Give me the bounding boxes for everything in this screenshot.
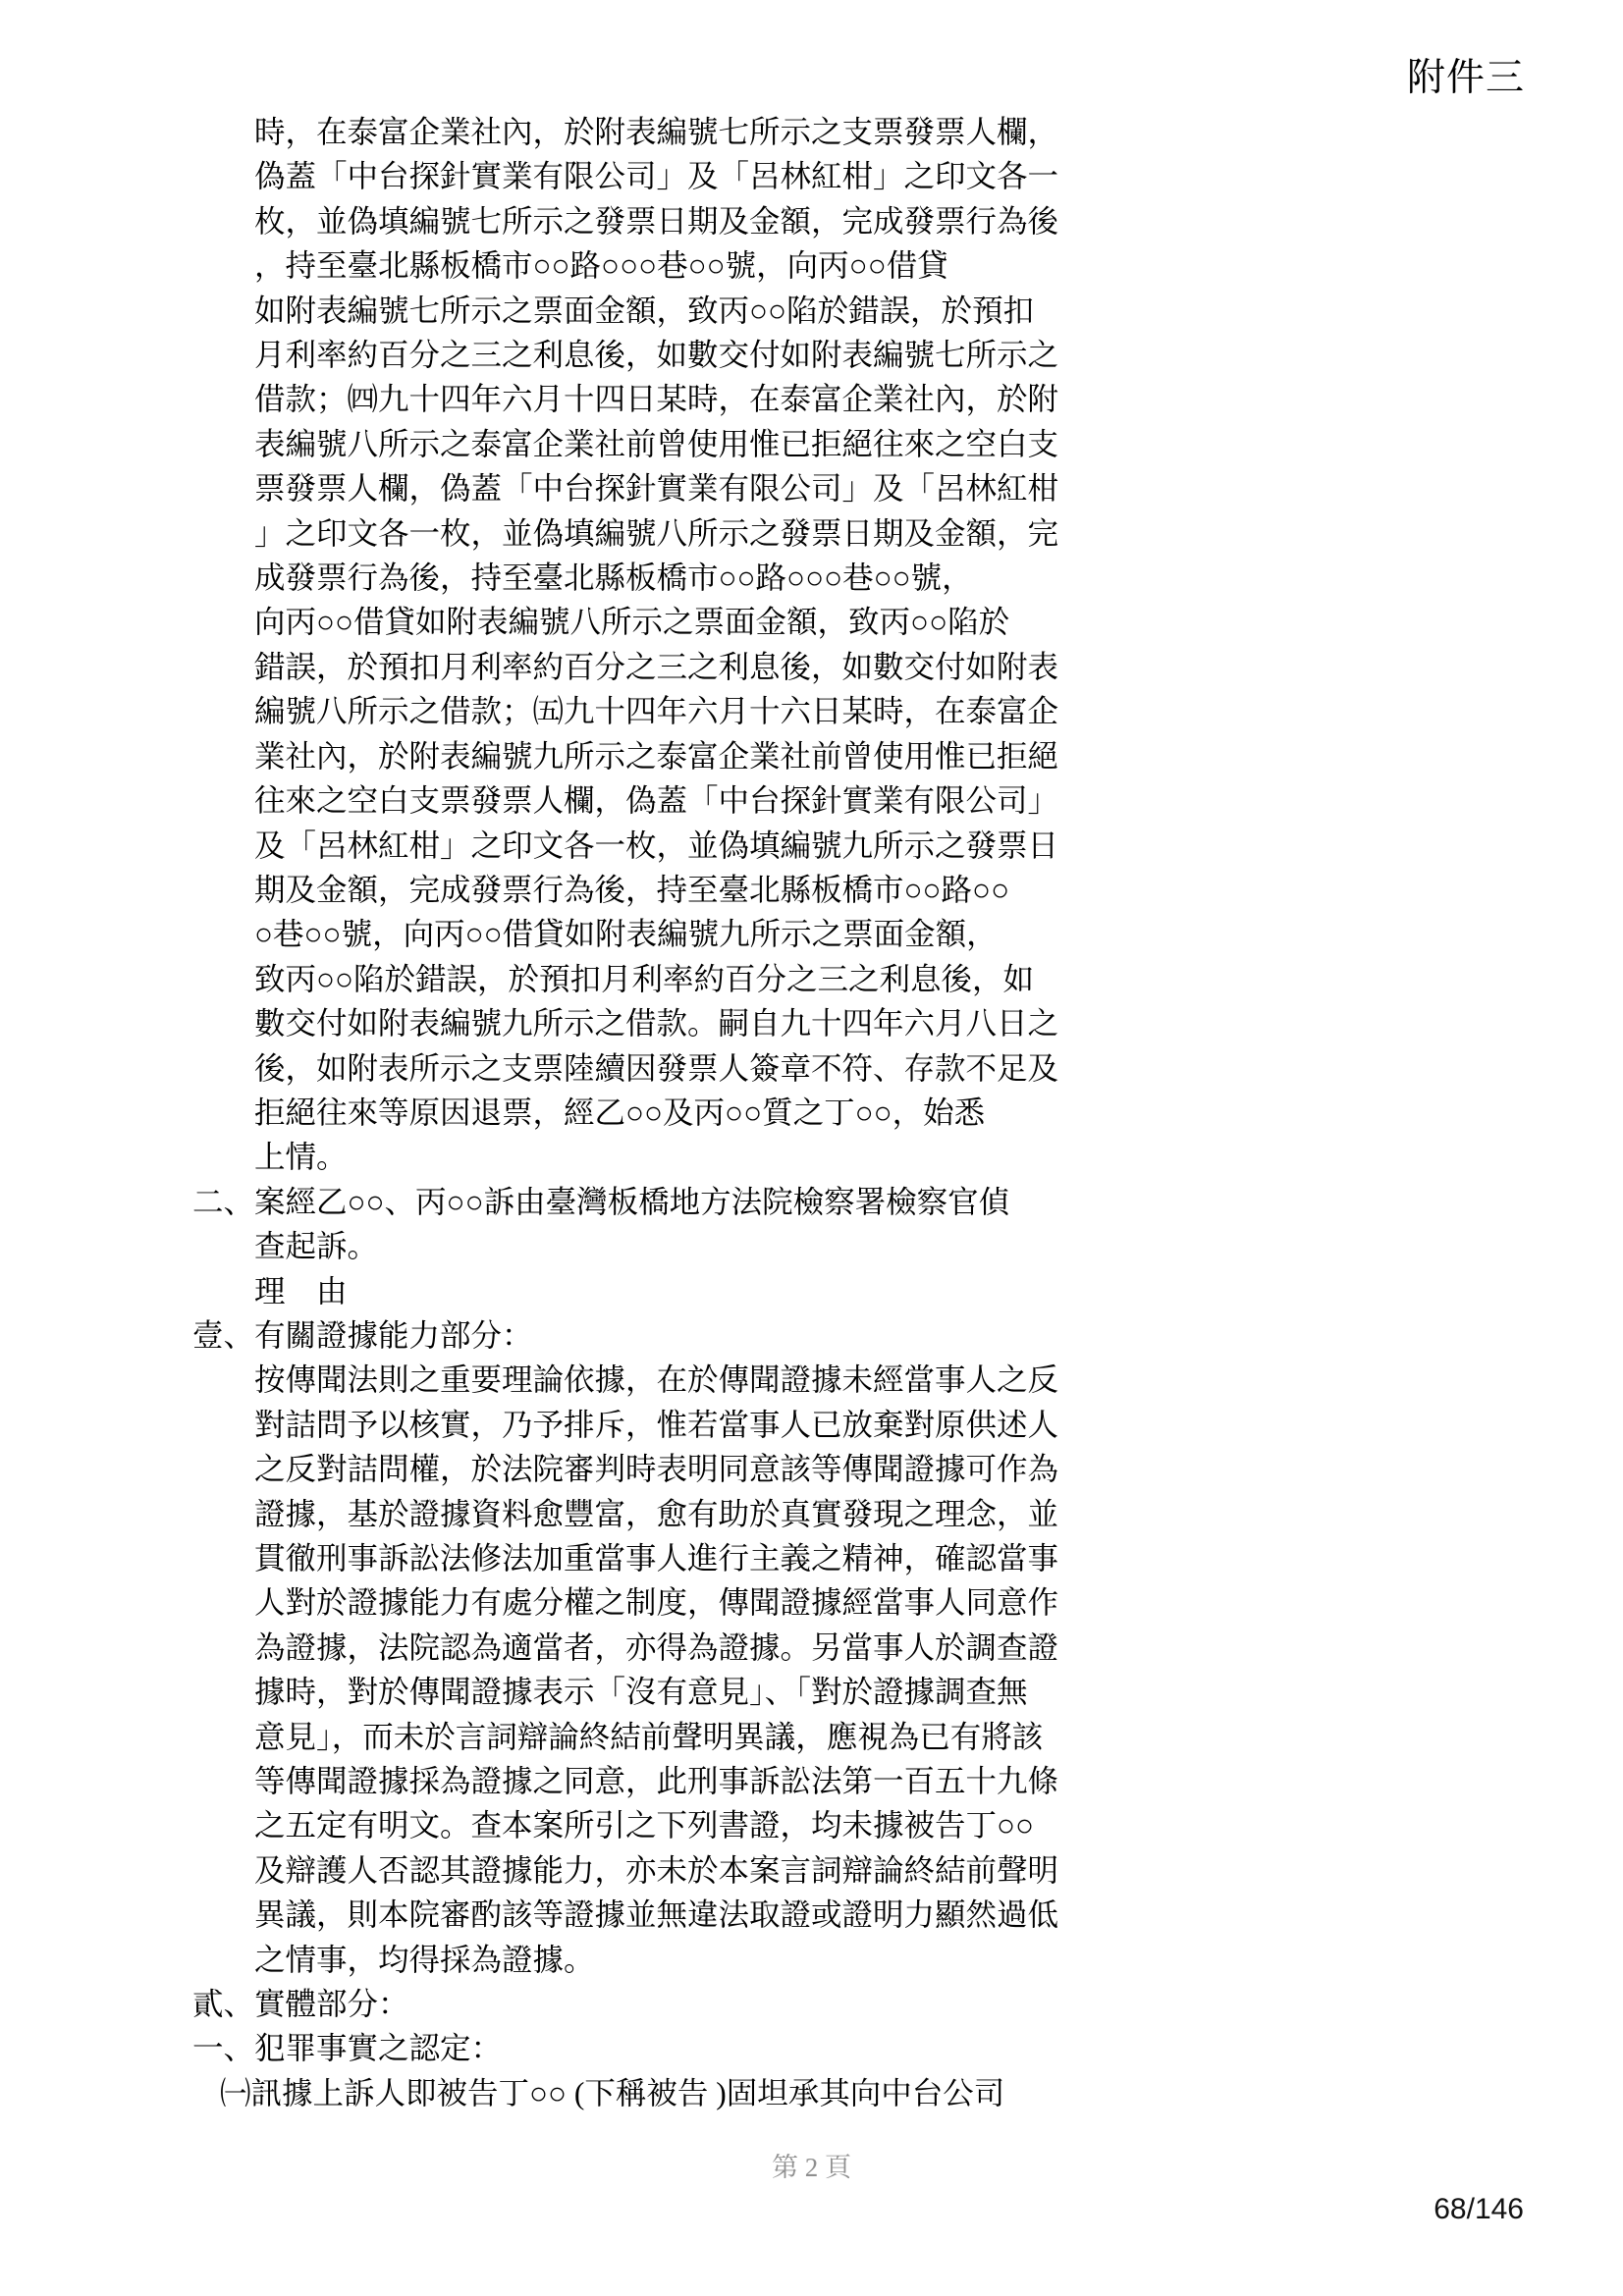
text-line: 之情事，均得採為證據。	[192, 1938, 1430, 1982]
text-line: 貳、實體部分：	[192, 1982, 1430, 2026]
text-line: 之反對詰問權，於法院審判時表明同意該等傳聞證據可作為	[192, 1447, 1430, 1491]
text-line: 一、犯罪事實之認定：	[192, 2026, 1430, 2070]
document-body: 時，在泰富企業社內，於附表編號七所示之支票發票人欄，偽蓋「中台探針實業有限公司」…	[192, 110, 1430, 2115]
text-line: 理 由	[192, 1269, 1430, 1313]
text-line: 向丙○○借貸如附表編號八所示之票面金額，致丙○○陷於	[192, 600, 1430, 644]
text-line: 貫徹刑事訴訟法修法加重當事人進行主義之精神，確認當事	[192, 1536, 1430, 1580]
text-line: 按傳聞法則之重要理論依據，在於傳聞證據未經當事人之反	[192, 1358, 1430, 1402]
text-line: 及辯護人否認其證據能力，亦未於本案言詞辯論終結前聲明	[192, 1848, 1430, 1893]
text-line: 月利率約百分之三之利息後，如數交付如附表編號七所示之	[192, 333, 1430, 377]
document-page: 附件三 時，在泰富企業社內，於附表編號七所示之支票發票人欄，偽蓋「中台探針實業有…	[0, 0, 1623, 2296]
text-line: ㈠訊據上訴人即被告丁○○ (下稱被告 )固坦承其向中台公司	[192, 2071, 1430, 2115]
pdf-page-indicator: 68/146	[1434, 2193, 1524, 2226]
text-line: 期及金額，完成發票行為後，持至臺北縣板橋市○○路○○	[192, 868, 1430, 912]
text-line: 為證據，法院認為適當者，亦得為證據。另當事人於調查證	[192, 1626, 1430, 1670]
text-line: 上情。	[192, 1135, 1430, 1179]
text-line: 枚，並偽填編號七所示之發票日期及金額，完成發票行為後	[192, 199, 1430, 243]
text-line: 成發票行為後，持至臺北縣板橋市○○路○○○巷○○號，	[192, 556, 1430, 600]
text-line: 證據，基於證據資料愈豐富，愈有助於真實發現之理念，並	[192, 1492, 1430, 1536]
text-line: 二、案經乙○○、丙○○訴由臺灣板橋地方法院檢察署檢察官偵	[192, 1180, 1430, 1224]
text-line: ，持至臺北縣板橋市○○路○○○巷○○號，向丙○○借貸	[192, 243, 1430, 288]
text-line: 之五定有明文。查本案所引之下列書證，均未據被告丁○○	[192, 1803, 1430, 1847]
text-line: 偽蓋「中台探針實業有限公司」及「呂林紅柑」之印文各一	[192, 154, 1430, 198]
attachment-label: 附件三	[1407, 47, 1525, 102]
text-line: 時，在泰富企業社內，於附表編號七所示之支票發票人欄，	[192, 110, 1430, 154]
text-line: 業社內，於附表編號九所示之泰富企業社前曾使用惟已拒絕	[192, 734, 1430, 778]
text-line: 人對於證據能力有處分權之制度，傳聞證據經當事人同意作	[192, 1580, 1430, 1625]
text-line: 致丙○○陷於錯誤，於預扣月利率約百分之三之利息後，如	[192, 957, 1430, 1001]
text-line: 往來之空白支票發票人欄，偽蓋「中台探針實業有限公司」	[192, 778, 1430, 823]
text-line: 錯誤，於預扣月利率約百分之三之利息後，如數交付如附表	[192, 645, 1430, 689]
text-line: 借款；㈣九十四年六月十四日某時，在泰富企業社內，於附	[192, 377, 1430, 421]
text-line: 表編號八所示之泰富企業社前曾使用惟已拒絕往來之空白支	[192, 422, 1430, 466]
text-line: 意見」，而未於言詞辯論終結前聲明異議，應視為已有將該	[192, 1715, 1430, 1759]
text-line: 數交付如附表編號九所示之借款。嗣自九十四年六月八日之	[192, 1001, 1430, 1045]
text-line: 對詰問予以核實，乃予排斥，惟若當事人已放棄對原供述人	[192, 1403, 1430, 1447]
text-line: 壹、有關證據能力部分：	[192, 1313, 1430, 1358]
text-line: 如附表編號七所示之票面金額，致丙○○陷於錯誤，於預扣	[192, 289, 1430, 333]
text-line: 查起訴。	[192, 1224, 1430, 1268]
text-line: ○巷○○號，向丙○○借貸如附表編號九所示之票面金額，	[192, 912, 1430, 956]
text-line: 拒絕往來等原因退票，經乙○○及丙○○質之丁○○，始悉	[192, 1091, 1430, 1135]
page-number-label: 第 2 頁	[772, 2146, 851, 2184]
text-line: 票發票人欄，偽蓋「中台探針實業有限公司」及「呂林紅柑	[192, 466, 1430, 510]
text-line: 」之印文各一枚，並偽填編號八所示之發票日期及金額，完	[192, 511, 1430, 556]
text-line: 及「呂林紅柑」之印文各一枚，並偽填編號九所示之發票日	[192, 824, 1430, 868]
text-line: 據時，對於傳聞證據表示「沒有意見」、「對於證據調查無	[192, 1670, 1430, 1714]
text-line: 編號八所示之借款；㈤九十四年六月十六日某時，在泰富企	[192, 689, 1430, 733]
text-line: 等傳聞證據採為證據之同意，此刑事訴訟法第一百五十九條	[192, 1759, 1430, 1803]
text-line: 異議，則本院審酌該等證據並無違法取證或證明力顯然過低	[192, 1893, 1430, 1937]
text-line: 後，如附表所示之支票陸續因發票人簽章不符、存款不足及	[192, 1046, 1430, 1091]
